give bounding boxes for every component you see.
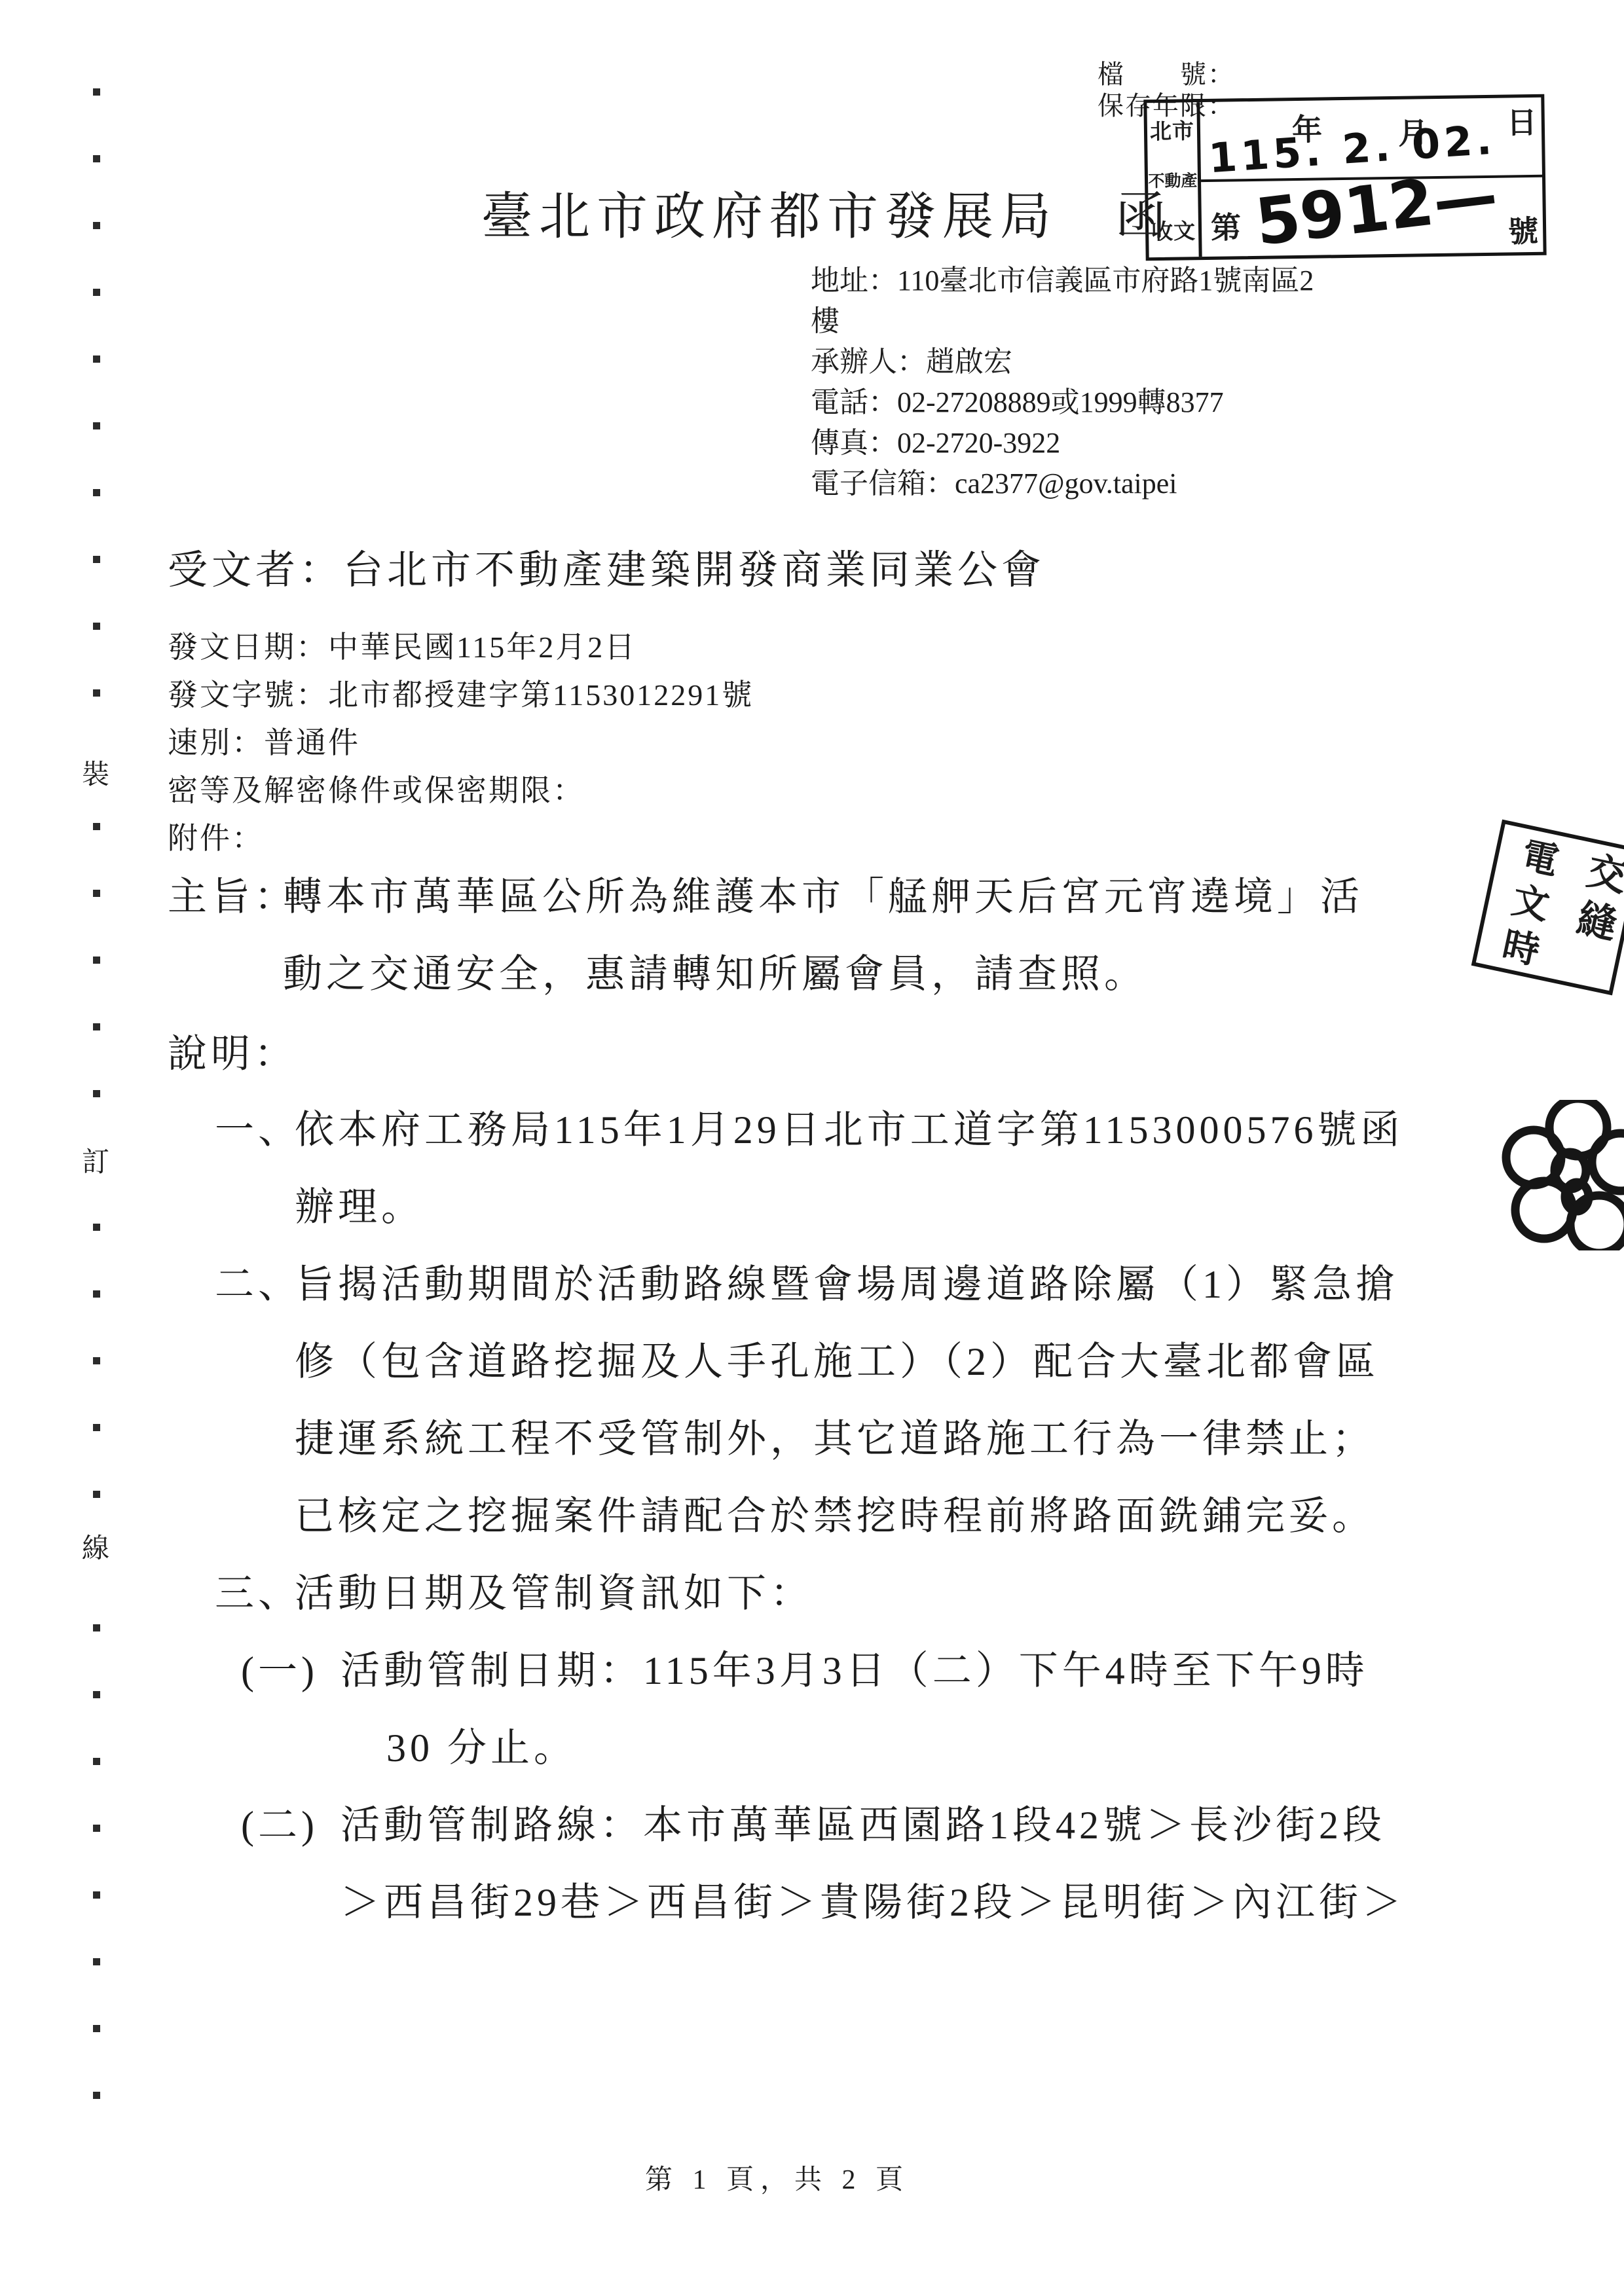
item1-number: 一、	[215, 1099, 301, 1155]
scanned-official-letter-page: 裝 訂 線 檔 號： 保存年限： 北市 不動產 收文 年 月 日 115. 2.…	[0, 0, 1624, 2296]
receipt-stamp-org-line1: 北市	[1150, 114, 1195, 145]
classification-line: 密等及解密條件或保密期限：	[168, 767, 754, 814]
item3-number: 三、	[215, 1562, 301, 1618]
subitem1-number: (一)	[241, 1639, 318, 1696]
day-label: 日	[1506, 99, 1537, 143]
sender-address-line2: 樓	[811, 301, 1314, 342]
receipt-stamp: 北市 不動產 收文 年 月 日 115. 2. 02. 第 號 5912—	[1143, 94, 1546, 261]
exchange-stamp-right-column: 交縫	[1560, 847, 1624, 953]
subitem1-line2: 30 分止。	[386, 1717, 577, 1773]
number-prefix-label: 第	[1211, 204, 1242, 247]
item2-line4: 已核定之挖掘案件請配合於禁挖時程前將路面銑鋪完妥。	[295, 1485, 1375, 1541]
exchange-stamp-left-column: 電文時	[1487, 833, 1567, 978]
binding-mark-ding: 訂	[77, 1134, 114, 1186]
binding-dotted-line	[93, 88, 100, 2124]
document-title: 臺北市政府都市發展局 函	[481, 175, 1173, 249]
receipt-stamp-number-row: 第 號 5912—	[1201, 177, 1543, 257]
sender-email: 電子信箱：ca2377@gov.taipei	[811, 464, 1314, 504]
item3-line1: 活動日期及管制資訊如下：	[295, 1562, 813, 1618]
item2-line1: 旨揭活動期間於活動路線暨會場周邊道路除屬（1）緊急搶	[295, 1253, 1399, 1309]
binding-mark-xian: 線	[77, 1520, 114, 1573]
item2-line3: 捷運系統工程不受管制外，其它道路施工行為一律禁止；	[295, 1408, 1375, 1464]
receipt-stamp-fields: 年 月 日 115. 2. 02. 第 號 5912—	[1200, 98, 1543, 257]
page-footer: 第 1 頁，共 2 頁	[645, 2158, 910, 2197]
item2-number: 二、	[215, 1253, 301, 1309]
sender-contact-block: 地址：110臺北市信義區市府路1號南區2 樓 承辦人：趙啟宏 電話：02-272…	[811, 261, 1314, 504]
issue-number-line: 發文字號：北市都授建字第1153012291號	[168, 671, 754, 719]
subject-line1: 轉本市萬華區公所為維護本市「艋舺天后宮元宵遶境」活	[283, 866, 1363, 922]
subject-label: 主旨：	[168, 866, 297, 922]
flower-seal-stamp-icon	[1500, 1100, 1624, 1250]
binding-mark-zhuang: 裝	[77, 746, 114, 799]
electronic-exchange-stamp: 電文時 交縫	[1471, 820, 1624, 996]
priority-line: 速別：普通件	[168, 719, 754, 767]
sender-phone: 電話：02-27208889或1999轉8377	[811, 382, 1314, 423]
document-meta-block: 發文日期：中華民國115年2月2日 發文字號：北市都授建字第1153012291…	[168, 623, 754, 862]
explanation-label: 說明：	[168, 1023, 297, 1079]
subitem2-number: (二)	[241, 1794, 318, 1850]
attachment-line: 附件：	[168, 814, 754, 862]
subitem2-line2: ＞西昌街29巷＞西昌街＞貴陽街2段＞昆明街＞內江街＞	[341, 1871, 1405, 1927]
sender-address-line1: 地址：110臺北市信義區市府路1號南區2	[811, 261, 1314, 301]
number-suffix-label: 號	[1508, 208, 1539, 251]
sender-contact-person: 承辦人：趙啟宏	[811, 342, 1314, 382]
subitem1-line1: 活動管制日期：115年3月3日（二）下午4時至下午9時	[341, 1639, 1369, 1696]
issue-date-line: 發文日期：中華民國115年2月2日	[168, 623, 754, 671]
item2-line2: 修（包含道路挖掘及人手孔施工）（2）配合大臺北都會區	[295, 1330, 1379, 1387]
item1-line1: 依本府工務局115年1月29日北市工道字第1153000576號函	[295, 1099, 1404, 1155]
subject-line2: 動之交通安全，惠請轉知所屬會員，請查照。	[283, 943, 1147, 999]
subitem2-line1: 活動管制路線：本市萬華區西園路1段42號＞長沙街2段	[341, 1794, 1386, 1850]
sender-fax: 傳真：02-2720-3922	[811, 423, 1314, 464]
recipient-line: 受文者：台北市不動產建築開發商業同業公會	[168, 538, 1045, 595]
item1-line2: 辦理。	[295, 1176, 424, 1232]
